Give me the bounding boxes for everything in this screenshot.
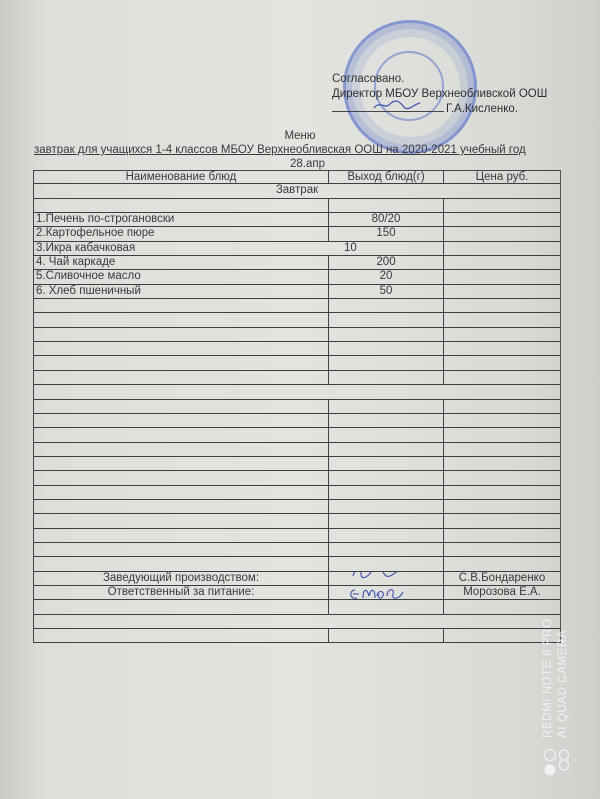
table-row (34, 356, 560, 370)
empty-cell (328, 443, 443, 456)
empty-cell (328, 486, 443, 499)
dish-price (443, 242, 560, 255)
empty-cell (328, 514, 443, 527)
approval-label: Согласовано. (332, 72, 547, 87)
empty-cell (443, 313, 560, 326)
menu-subtitle: завтрак для учащихся 1-4 классов МБОУ Ве… (34, 144, 526, 156)
table-row (34, 486, 560, 500)
empty-cell (328, 342, 443, 355)
empty-cell (328, 428, 443, 441)
handwritten-signature (347, 586, 407, 599)
empty-cell (328, 471, 443, 484)
empty-cell (34, 471, 328, 484)
empty-cell (443, 342, 560, 355)
empty-cell (34, 385, 560, 398)
table-row (34, 428, 560, 442)
table-row (34, 443, 560, 457)
table-row (34, 414, 560, 428)
dish-yield: 150 (328, 227, 443, 240)
signature-row: Заведующий производством: С.В.Бондаренко (34, 572, 560, 586)
empty-cell (34, 615, 560, 628)
dish-yield: 50 (328, 285, 443, 298)
dish-name: 2.Картофельное пюре (34, 227, 328, 240)
dish-price (443, 256, 560, 269)
empty-cell (34, 443, 328, 456)
empty-cell (443, 299, 560, 312)
empty-cell (328, 356, 443, 369)
empty-cell (443, 400, 560, 413)
table-row (34, 471, 560, 485)
empty-cell (328, 313, 443, 326)
table-row (34, 328, 560, 342)
table-row: 1.Печень по-строгановски 80/20 (34, 213, 560, 227)
empty-cell (34, 529, 328, 542)
camera-logo-icon (542, 746, 572, 780)
table-row (34, 371, 560, 385)
empty-cell (328, 400, 443, 413)
approver-name: Г.А.Кисленко. (446, 103, 518, 115)
merged-row (34, 385, 560, 399)
empty-cell (328, 543, 443, 556)
table-row (34, 313, 560, 327)
empty-cell (34, 356, 328, 369)
empty-cell (443, 457, 560, 470)
table-row (34, 629, 560, 643)
dish-yield: 20 (328, 270, 443, 283)
empty-cell (34, 500, 328, 513)
empty-cell (34, 400, 328, 413)
dish-name: 6. Хлеб пшеничный (34, 285, 328, 298)
dish-yield: 200 (328, 256, 443, 269)
empty-cell (34, 543, 328, 556)
empty-cell (443, 356, 560, 369)
empty-cell (34, 342, 328, 355)
empty-cell (443, 414, 560, 427)
table-header-row: Наименование блюд Выход блюд(г) Цена руб… (34, 170, 560, 184)
table-row: 4. Чай каркаде 200 (34, 256, 560, 270)
empty-cell (328, 600, 443, 613)
handwritten-signature (349, 572, 409, 580)
empty-cell (443, 443, 560, 456)
empty-cell (34, 414, 328, 427)
signature-cell (328, 572, 443, 585)
table-row (34, 400, 560, 414)
empty-cell (443, 557, 560, 570)
empty-cell (328, 529, 443, 542)
table-row (34, 342, 560, 356)
table-row (34, 500, 560, 514)
empty-cell (443, 514, 560, 527)
signature-role: Ответственный за питание: (34, 586, 328, 599)
dish-price (443, 213, 560, 226)
table-row (34, 529, 560, 543)
table-row (34, 299, 560, 313)
column-header-dish: Наименование блюд (34, 171, 328, 183)
table-row (34, 514, 560, 528)
watermark-model: REDMI NOTE 8 PRO (542, 618, 554, 738)
dish-price (443, 285, 560, 298)
signature-name: С.В.Бондаренко (443, 572, 560, 585)
table-row: 2.Картофельное пюре 150 (34, 227, 560, 241)
table-row (34, 557, 560, 571)
empty-cell (34, 557, 328, 570)
table-row (34, 600, 560, 614)
dish-yield: 80/20 (328, 213, 443, 226)
empty-cell (34, 199, 328, 212)
empty-cell (328, 629, 443, 642)
table-row (34, 199, 560, 213)
empty-cell (443, 543, 560, 556)
page-title: Меню (0, 130, 600, 142)
empty-cell (328, 457, 443, 470)
dish-price (443, 270, 560, 283)
empty-cell (328, 299, 443, 312)
empty-cell (34, 486, 328, 499)
dish-name: 3.Икра кабачковая (36, 242, 135, 255)
dish-name: 1.Печень по-строгановски (34, 213, 328, 226)
table-row (34, 543, 560, 557)
table-row: 6. Хлеб пшеничный 50 (34, 285, 560, 299)
empty-cell (34, 600, 328, 613)
menu-date: 28.апр (290, 158, 325, 170)
approval-block: Согласовано. Директор МБОУ Верхнеобливск… (332, 72, 547, 117)
column-header-yield: Выход блюд(г) (328, 171, 443, 183)
empty-cell (328, 500, 443, 513)
approval-position: Директор МБОУ Верхнеобливской ООШ (332, 87, 547, 102)
empty-cell (328, 414, 443, 427)
table-row: 5.Сливочное масло 20 (34, 270, 560, 284)
camera-watermark: REDMI NOTE 8 PRO AI QUAD CAMERA (540, 600, 590, 790)
empty-cell (328, 557, 443, 570)
empty-cell (34, 629, 328, 642)
dish-yield: 10 (344, 242, 357, 255)
table-row: 3.Икра кабачковая 10 (34, 242, 560, 256)
section-label: Завтрак (34, 184, 560, 197)
empty-cell (443, 486, 560, 499)
table-row (34, 457, 560, 471)
empty-cell (443, 199, 560, 212)
menu-table: Наименование блюд Выход блюд(г) Цена руб… (33, 170, 561, 643)
empty-cell (34, 328, 328, 341)
empty-cell (443, 328, 560, 341)
column-header-price: Цена руб. (443, 171, 560, 183)
empty-cell (34, 428, 328, 441)
signature-row: Ответственный за питание: Морозова Е.А. (34, 586, 560, 600)
dish-name: 4. Чай каркаде (34, 256, 328, 269)
empty-cell (328, 371, 443, 384)
empty-cell (34, 313, 328, 326)
empty-cell (34, 457, 328, 470)
signature-name: Морозова Е.А. (443, 586, 560, 599)
empty-cell (443, 428, 560, 441)
signature-cell (328, 586, 443, 599)
section-row: Завтрак (34, 184, 560, 198)
empty-cell (443, 371, 560, 384)
merged-row (34, 615, 560, 629)
empty-cell (34, 371, 328, 384)
empty-cell (443, 500, 560, 513)
empty-cell (328, 199, 443, 212)
empty-cell (443, 471, 560, 484)
approval-signature-line: Г.А.Кисленко. (332, 102, 547, 117)
signature-role: Заведующий производством: (34, 572, 328, 585)
merged-cell: 3.Икра кабачковая 10 (34, 242, 443, 255)
empty-cell (328, 328, 443, 341)
empty-cell (443, 529, 560, 542)
director-signature (372, 98, 422, 112)
dish-price (443, 227, 560, 240)
watermark-camera: AI QUAD CAMERA (557, 630, 569, 738)
empty-cell (34, 299, 328, 312)
dish-name: 5.Сливочное масло (34, 270, 328, 283)
empty-cell (34, 514, 328, 527)
